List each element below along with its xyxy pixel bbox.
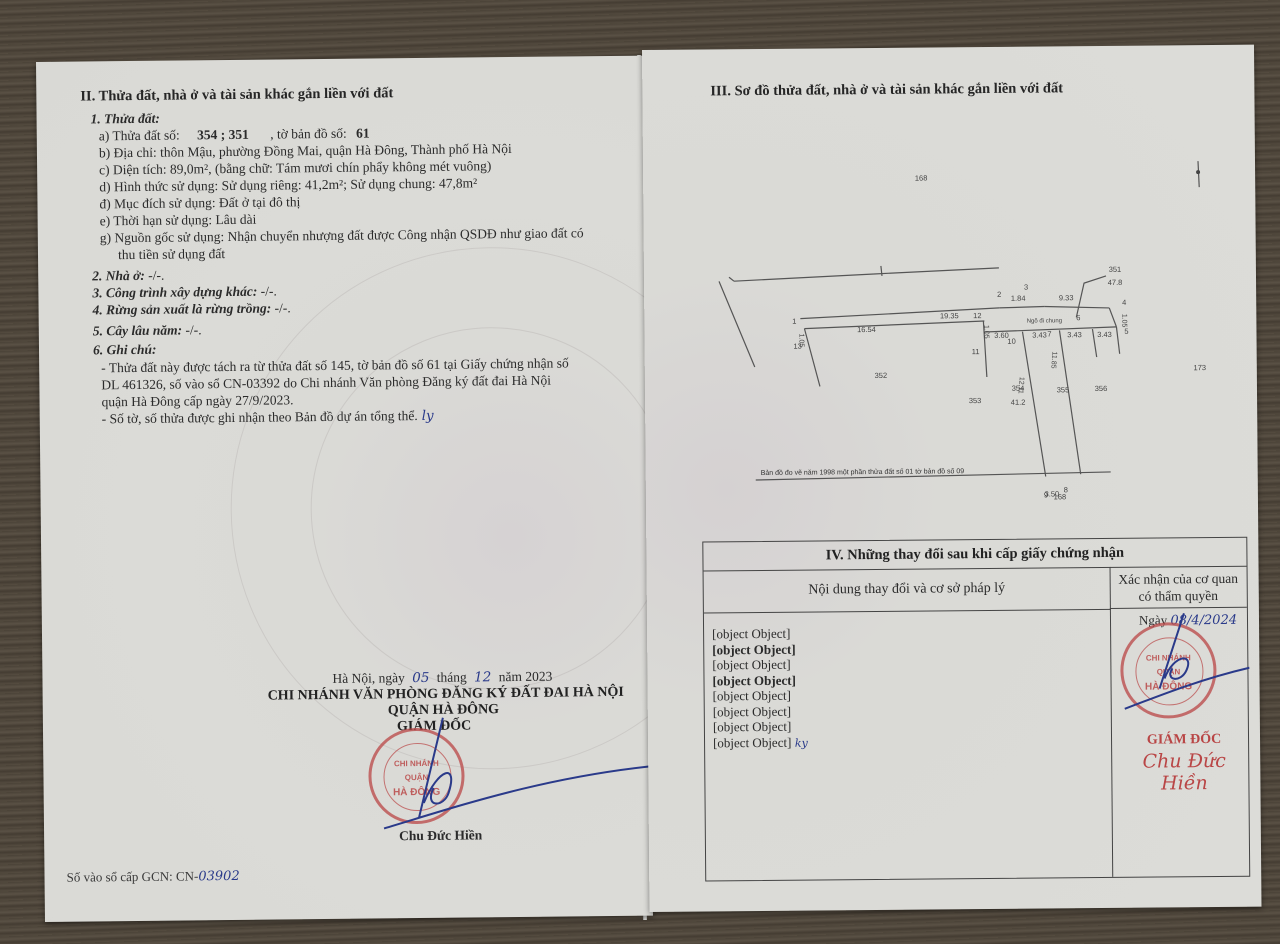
- signature-stroke: [363, 705, 664, 838]
- issue-day: 05: [412, 670, 429, 686]
- change-line: [object Object]: [713, 719, 808, 735]
- svg-text:355: 355: [1057, 385, 1070, 394]
- item-perennial: 5. Cây lâu năm: -/-.: [93, 322, 202, 339]
- right-page: III. Sơ đồ thửa đất, nhà ở và tài sản kh…: [642, 45, 1261, 912]
- svg-text:1.84: 1.84: [1011, 294, 1026, 303]
- svg-text:351: 351: [1109, 265, 1122, 274]
- usage-form-line: d) Hình thức sử dụng: Sử dụng riêng: 41,…: [99, 175, 477, 195]
- changes-col-content: Nội dung thay đổi và cơ sở pháp lý: [704, 567, 1111, 614]
- svg-text:1.05: 1.05: [1120, 314, 1127, 328]
- map-sheet-label: , tờ bản đồ số:: [270, 126, 347, 142]
- svg-text:8: 8: [1064, 485, 1068, 494]
- item-house: 2. Nhà ở: -/-.: [92, 268, 164, 285]
- svg-text:356: 356: [1095, 384, 1108, 393]
- parcel-heading: 1. Thửa đất:: [91, 111, 160, 128]
- usage-purpose-line: đ) Mục đích sử dụng: Đất ở tại đô thị: [99, 194, 300, 212]
- section-ii-title: II. Thửa đất, nhà ở và tài sản khác gắn …: [80, 85, 393, 105]
- svg-text:3.43: 3.43: [1032, 330, 1047, 339]
- note-line: - Số tờ, số thửa được ghi nhận theo Bản …: [102, 408, 434, 427]
- svg-text:173: 173: [1193, 363, 1206, 372]
- svg-text:41.2: 41.2: [1011, 398, 1026, 407]
- svg-text:11.85: 11.85: [1049, 351, 1057, 369]
- item-other-construction: 3. Công trình xây dựng khác: -/-.: [92, 283, 277, 301]
- parcel-number-line: a) Thửa đất số: 354 ; 351 , tờ bản đồ số…: [99, 126, 370, 145]
- confirm-director-title: GIÁM ĐỐC: [1119, 732, 1249, 749]
- office-name: CHI NHÁNH VĂN PHÒNG ĐĂNG KÝ ĐẤT ĐAI HÀ N…: [268, 685, 624, 705]
- svg-text:3: 3: [1024, 283, 1028, 292]
- change-content: [object Object] [object Object] [object …: [712, 626, 808, 752]
- svg-text:4: 4: [1122, 298, 1126, 307]
- left-page: II. Thửa đất, nhà ở và tài sản khác gắn …: [36, 56, 653, 922]
- usage-term-line: e) Thời hạn sử dụng: Lâu dài: [100, 212, 257, 230]
- svg-text:19.35: 19.35: [940, 311, 959, 320]
- svg-text:6: 6: [1076, 313, 1080, 322]
- change-line: [object Object]: [713, 703, 808, 719]
- svg-text:10: 10: [1007, 337, 1015, 346]
- change-line: [object Object] ky: [713, 734, 808, 751]
- issue-month: 12: [474, 669, 491, 685]
- svg-text:16.54: 16.54: [857, 325, 876, 334]
- svg-text:1.05: 1.05: [797, 334, 804, 348]
- parcel-number-label: a) Thửa đất số:: [99, 127, 180, 143]
- svg-text:7: 7: [1047, 329, 1051, 338]
- origin-line-2: thu tiền sử dụng đất: [118, 246, 225, 263]
- svg-text:47.8: 47.8: [1108, 278, 1123, 287]
- notes-heading: 6. Ghi chú:: [93, 342, 157, 359]
- signer-name: Chu Đức Hiền: [399, 827, 482, 844]
- item-forest: 4. Rừng sản xuất là rừng trồng: -/-.: [93, 300, 291, 318]
- map-sheet-number: 61: [356, 126, 370, 141]
- svg-text:1: 1: [792, 317, 796, 326]
- note-line: quận Hà Đông cấp ngày 27/9/2023.: [101, 392, 293, 410]
- svg-text:1.05: 1.05: [982, 325, 989, 339]
- svg-text:Bản đồ đo vẽ năm 1998 một phần: Bản đồ đo vẽ năm 1998 một phần thửa đất …: [761, 466, 965, 477]
- confirm-signer: Chu Đức Hiền: [1119, 750, 1249, 795]
- parcel-diagram: 168 352 353 355 356 173 168 354 41.2 351…: [642, 45, 1258, 520]
- confirm-signature: [1114, 608, 1250, 719]
- changes-table: IV. Những thay đổi sau khi cấp giấy chứn…: [702, 537, 1250, 882]
- svg-text:11: 11: [972, 347, 980, 356]
- initial-mark: ly: [422, 408, 434, 424]
- change-line: [object Object]: [712, 641, 807, 657]
- svg-text:9: 9: [1044, 490, 1048, 499]
- issue-date: Hà Nội, ngày 05 tháng 12 năm 2023: [332, 669, 552, 687]
- svg-text:352: 352: [875, 371, 888, 380]
- change-line: [object Object]: [712, 672, 807, 688]
- svg-text:12.11: 12.11: [1017, 377, 1025, 395]
- note-line: DL 461326, số vào sổ CN-03392 do Chi nhá…: [101, 373, 551, 394]
- svg-text:5: 5: [1124, 327, 1128, 336]
- parcel-numbers: 354 ; 351: [197, 127, 249, 143]
- change-line: [object Object]: [712, 626, 807, 642]
- svg-text:12: 12: [973, 311, 981, 320]
- svg-text:168: 168: [915, 174, 928, 183]
- change-line: [object Object]: [713, 688, 808, 704]
- svg-text:353: 353: [969, 396, 982, 405]
- svg-text:3.43: 3.43: [1067, 330, 1082, 339]
- svg-text:2: 2: [997, 290, 1001, 299]
- change-line: [object Object]: [712, 657, 807, 673]
- svg-text:3.43: 3.43: [1097, 330, 1112, 339]
- changes-col-confirm: Xác nhận của cơ quan có thẩm quyền: [1110, 566, 1247, 609]
- svg-text:9.33: 9.33: [1059, 293, 1074, 302]
- svg-text:Ngõ đi chung: Ngõ đi chung: [1027, 318, 1062, 324]
- register-number: Số vào sổ cấp GCN: CN-03902: [66, 868, 239, 886]
